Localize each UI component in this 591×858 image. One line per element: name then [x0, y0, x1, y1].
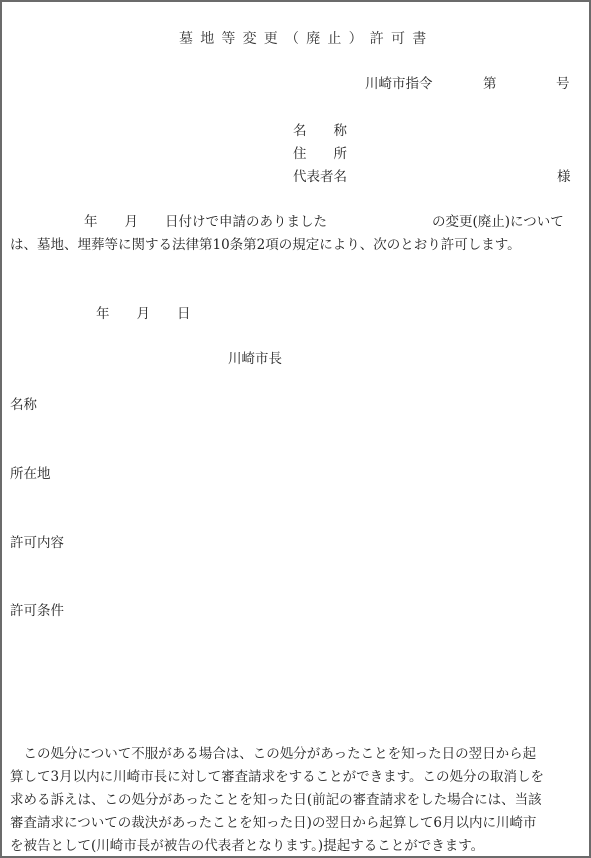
body-line-1-prefix: 年 月 日付けで申請のありました [84, 216, 327, 230]
document-title: 墓地等変更（廃止）許可書 [179, 32, 433, 46]
permit-document: 墓地等変更（廃止）許可書 川崎市指令 第 号 名 称 住 所 代表者名 様 年 … [0, 0, 591, 858]
appeal-notice: この処分について不服がある場合は、この処分があったことを知った日の翌日から起 算… [10, 743, 584, 858]
field-label-permit-content: 許可内容 [10, 537, 64, 551]
notice-line: を被告として(川崎市長が被告の代表者となります。)提起することができます。 [10, 835, 584, 858]
issue-date: 年 月 日 [96, 308, 191, 322]
notice-line: 審査請求についての裁決があったことを知った日)の翌日から起算して6月以内に川崎市 [10, 812, 584, 835]
applicant-name-label: 名 称 [293, 125, 347, 139]
applicant-representative-label: 代表者名 [293, 171, 347, 185]
reference-dai: 第 [483, 78, 497, 92]
reference-go: 号 [556, 78, 570, 92]
applicant-address-label: 住 所 [293, 148, 347, 162]
body-line-2: は、墓地、埋葬等に関する法律第10条第2項の規定により、次のとおり許可します。 [10, 239, 521, 253]
body-line-1-suffix: の変更(廃止)について [432, 216, 564, 230]
notice-line: この処分について不服がある場合は、この処分があったことを知った日の翌日から起 [10, 743, 584, 766]
notice-line: 算して3月以内に川崎市長に対して審査請求をすることができます。この処分の取消しを [10, 766, 584, 789]
field-label-location: 所在地 [10, 468, 51, 482]
field-label-permit-conditions: 許可条件 [10, 605, 64, 619]
reference-prefix: 川崎市指令 [365, 78, 433, 92]
field-label-name: 名称 [10, 399, 37, 413]
issuer: 川崎市長 [228, 353, 282, 367]
notice-line: 求める訴えは、この処分があったことを知った日(前記の審査請求をした場合には、当該 [10, 789, 584, 812]
applicant-honorific: 様 [557, 171, 571, 185]
